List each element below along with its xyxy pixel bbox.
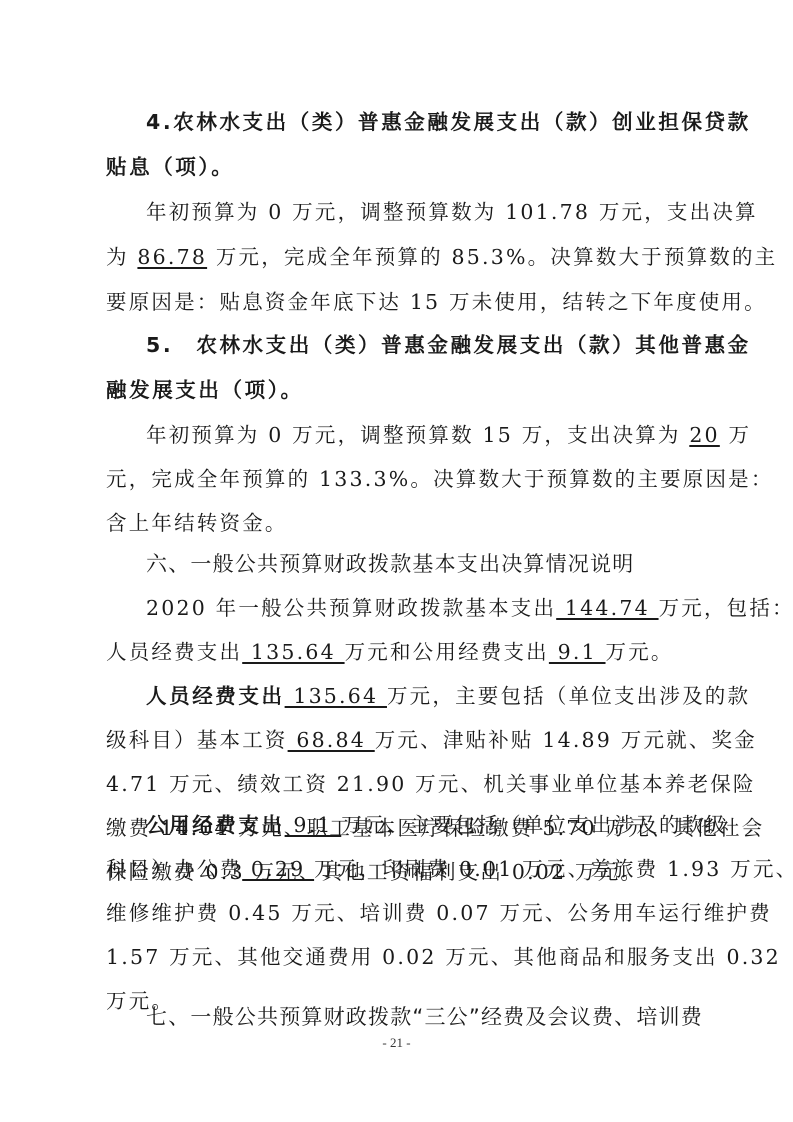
item5-heading-line2: 融发展支出（项）。 — [106, 378, 696, 402]
item4-heading-line2: 贴息（项）。 — [106, 155, 696, 179]
text: 万元，主要包括（单位支出涉及的款级 — [341, 813, 727, 837]
amount-underlined: 68.84 — [288, 728, 375, 752]
text: 为 — [106, 245, 137, 269]
item4-paragraph-line3: 要原因是：贴息资金年底下达 15 万未使用，结转之下年度使用。 — [106, 290, 696, 314]
public-line1: 公用经费支出 9.1 万元，主要包括（单位支出涉及的款级 — [146, 813, 736, 837]
text: 万元，主要包括（单位支出涉及的款 — [387, 684, 750, 708]
text: 级科目）基本工资 — [106, 728, 288, 752]
amount-underlined: 135.64 — [285, 684, 387, 708]
item4-paragraph-line1: 年初预算为 0 万元，调整预算数为 101.78 万元，支出决算 — [146, 200, 736, 224]
section6-summary-line1: 2020 年一般公共预算财政拨款基本支出 144.74 万元，包括： — [146, 596, 736, 620]
public-line3: 维修维护费 0.45 万元、培训费 0.07 万元、公务用车运行维护费 — [106, 901, 696, 925]
page-number: - 21 - — [0, 1035, 793, 1051]
amount-underlined: 9.1 — [285, 813, 342, 837]
section7-title: 七、一般公共预算财政拨款“三公”经费及会议费、培训费 — [146, 1005, 736, 1029]
text: 年初预算为 0 万元，调整预算数 15 万，支出决算为 — [146, 423, 689, 447]
amount-underlined: 9.1 — [549, 640, 606, 664]
personnel-label: 人员经费支出 — [146, 684, 285, 708]
item5-paragraph-line1: 年初预算为 0 万元，调整预算数 15 万，支出决算为 20 万 — [146, 423, 736, 447]
text: 万元。 — [606, 640, 674, 664]
public-line2: 科目）办公费 0.29 万元，印刷费 0.01 万元、差旅费 1.93 万元、 — [106, 857, 696, 881]
text: 万元，完成全年预算的 85.3%。决算数大于预算数的主 — [207, 245, 777, 269]
text: 万 — [720, 423, 751, 447]
item5-paragraph-line3: 含上年结转资金。 — [106, 511, 696, 535]
amount-underlined: 0.29 — [242, 857, 314, 881]
section6-title: 六、一般公共预算财政拨款基本支出决算情况说明 — [146, 552, 736, 576]
text: 万元和公用经费支出 — [345, 640, 549, 664]
item4-heading-line1: 4.农林水支出（类）普惠金融发展支出（款）创业担保贷款 — [146, 110, 736, 134]
item5-paragraph-line2: 元，完成全年预算的 133.3%。决算数大于预算数的主要原因是： — [106, 467, 696, 491]
item4-paragraph-line2: 为 86.78 万元，完成全年预算的 85.3%。决算数大于预算数的主 — [106, 245, 696, 269]
personnel-line3: 4.71 万元、绩效工资 21.90 万元、机关事业单位基本养老保险 — [106, 772, 696, 796]
personnel-line2: 级科目）基本工资 68.84 万元、津贴补贴 14.89 万元就、奖金 — [106, 728, 696, 752]
amount-underlined: 135.64 — [242, 640, 344, 664]
public-label: 公用经费支出 — [146, 813, 285, 837]
amount-underlined: 86.78 — [137, 245, 207, 269]
text: 科目）办公费 — [106, 857, 242, 881]
amount-underlined: 144.74 — [556, 596, 658, 620]
text: 人员经费支出 — [106, 640, 242, 664]
amount-underlined: 20 — [689, 423, 720, 447]
section6-summary-line2: 人员经费支出 135.64 万元和公用经费支出 9.1 万元。 — [106, 640, 696, 664]
personnel-line1: 人员经费支出 135.64 万元，主要包括（单位支出涉及的款 — [146, 684, 736, 708]
document-page: 4.农林水支出（类）普惠金融发展支出（款）创业担保贷款 贴息（项）。 年初预算为… — [0, 0, 793, 1122]
text: 万元，包括： — [659, 596, 793, 620]
public-line4: 1.57 万元、其他交通费用 0.02 万元、其他商品和服务支出 0.32 — [106, 945, 696, 969]
text: 万元、津贴补贴 14.89 万元就、奖金 — [375, 728, 757, 752]
text: 2020 年一般公共预算财政拨款基本支出 — [146, 596, 556, 620]
item5-heading-line1: 5. 农林水支出（类）普惠金融发展支出（款）其他普惠金 — [146, 333, 736, 357]
text: 万元，印刷费 0.01 万元、差旅费 1.93 万元、 — [314, 857, 793, 881]
